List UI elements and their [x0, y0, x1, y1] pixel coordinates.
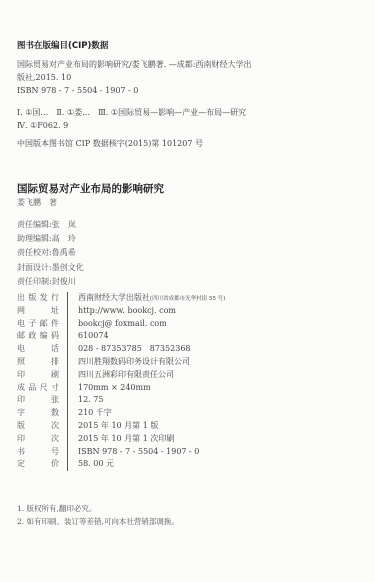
- info-label: 出版发行: [17, 292, 59, 305]
- staff-item: 责任编辑:张 岚: [17, 218, 84, 232]
- divider: [67, 292, 68, 305]
- info-label: 印 刷: [17, 369, 59, 382]
- info-row-postcode: 邮政编码 610074: [17, 330, 225, 343]
- cip-classification-1: Ⅰ. ①国… Ⅱ. ①娄… Ⅲ. ①国际贸易—影响—产业—布局—研究: [17, 106, 246, 119]
- author-line: 娄飞鹏 著: [17, 197, 57, 208]
- info-row-impression: 印 次 2015 年 10 月第 1 次印刷: [17, 433, 225, 446]
- info-label: 电子邮件: [17, 318, 59, 331]
- info-value: 028 - 87353785 87352368: [78, 343, 191, 356]
- divider: [67, 330, 68, 343]
- cip-heading: 图书在版编目(CIP)数据: [17, 39, 108, 51]
- cip-isbn: ISBN 978 - 7 - 5504 - 1907 - 0: [17, 84, 138, 97]
- info-label: 成品尺寸: [17, 382, 59, 395]
- info-label: 字 数: [17, 407, 59, 420]
- info-row-printing: 印 刷 四川五洲彩印有限责任公司: [17, 369, 225, 382]
- info-label: 网 址: [17, 305, 59, 318]
- info-label: 定 价: [17, 458, 59, 471]
- book-title: 国际贸易对产业布局的影响研究: [17, 181, 164, 196]
- info-value: 四川五洲彩印有限责任公司: [78, 369, 174, 382]
- info-row-isbn: 书 号 ISBN 978 - 7 - 5504 - 1907 - 0: [17, 446, 225, 459]
- info-value: 610074: [78, 330, 109, 343]
- divider: [67, 446, 68, 459]
- info-row-size: 成品尺寸 170mm × 240mm: [17, 382, 225, 395]
- notes: 1. 版权所有,翻印必究。 2. 如有印刷、装订等差错,可向本社营销部调换。: [17, 503, 179, 528]
- info-label: 书 号: [17, 446, 59, 459]
- cip-library-record: 中国版本图书馆 CIP 数据核字(2015)第 101207 号: [17, 137, 203, 150]
- staff-item: 助理编辑:高 玲: [17, 232, 84, 246]
- info-row-sheets: 印 张 12. 75: [17, 394, 225, 407]
- info-value: 2015 年 10 月第 1 版: [78, 420, 158, 433]
- info-label: 印 张: [17, 394, 59, 407]
- divider: [67, 458, 68, 471]
- note-item: 1. 版权所有,翻印必究。: [17, 503, 179, 516]
- divider: [67, 407, 68, 420]
- info-value: 四川胜翔数码印务设计有限公司: [78, 356, 190, 369]
- divider: [67, 369, 68, 382]
- divider: [67, 382, 68, 395]
- info-row-wordcount: 字 数 210 千字: [17, 407, 225, 420]
- staff-item: 责任印制:封俊川: [17, 275, 84, 289]
- divider: [67, 433, 68, 446]
- staff-item: 责任校对:鲁禹希: [17, 246, 84, 260]
- publication-info-table: 出版发行 西南财经大学出版社(四川省成都市光华村街 55 号) 网 址 http…: [17, 292, 225, 471]
- cip-classification-2: Ⅳ. ①F062. 9: [17, 119, 68, 132]
- info-row-phone: 电 话 028 - 87353785 87352368: [17, 343, 225, 356]
- staff-item: 封面设计:墨创文化: [17, 261, 84, 275]
- divider: [67, 318, 68, 331]
- info-value: 210 千字: [78, 407, 112, 420]
- divider: [67, 356, 68, 369]
- info-value: http://www. bookcj. com: [78, 305, 176, 318]
- divider: [67, 394, 68, 407]
- staff-list: 责任编辑:张 岚 助理编辑:高 玲 责任校对:鲁禹希 封面设计:墨创文化 责任印…: [17, 218, 84, 289]
- info-label: 印 次: [17, 433, 59, 446]
- info-row-email: 电子邮件 bookcj@ foxmail. com: [17, 318, 225, 331]
- divider: [67, 305, 68, 318]
- publisher-address: (四川省成都市光华村街 55 号): [150, 296, 225, 302]
- info-value: 170mm × 240mm: [78, 382, 151, 395]
- note-item: 2. 如有印刷、装订等差错,可向本社营销部调换。: [17, 516, 179, 529]
- copyright-page: 图书在版编目(CIP)数据 国际贸易对产业布局的影响研究/娄飞鹏著. —成都:西…: [0, 0, 375, 582]
- cip-line-2: 版社,2015. 10: [17, 71, 71, 84]
- info-value: 2015 年 10 月第 1 次印刷: [78, 433, 174, 446]
- info-label: 版 次: [17, 420, 59, 433]
- info-value: bookcj@ foxmail. com: [78, 318, 167, 331]
- divider: [67, 343, 68, 356]
- info-row-typesetting: 照 排 四川胜翔数码印务设计有限公司: [17, 356, 225, 369]
- info-row-price: 定 价 58. 00 元: [17, 458, 225, 471]
- info-row-publisher: 出版发行 西南财经大学出版社(四川省成都市光华村街 55 号): [17, 292, 225, 305]
- info-value: 西南财经大学出版社(四川省成都市光华村街 55 号): [78, 292, 225, 305]
- info-label: 邮政编码: [17, 330, 59, 343]
- info-row-edition: 版 次 2015 年 10 月第 1 版: [17, 420, 225, 433]
- info-value: 58. 00 元: [78, 458, 114, 471]
- info-row-website: 网 址 http://www. bookcj. com: [17, 305, 225, 318]
- info-label: 照 排: [17, 356, 59, 369]
- cip-line-1: 国际贸易对产业布局的影响研究/娄飞鹏著. —成都:西南财经大学出: [17, 58, 251, 71]
- divider: [67, 420, 68, 433]
- info-label: 电 话: [17, 343, 59, 356]
- info-value: 12. 75: [78, 394, 103, 407]
- info-value: ISBN 978 - 7 - 5504 - 1907 - 0: [78, 446, 199, 459]
- publisher-name: 西南财经大学出版社: [78, 293, 150, 302]
